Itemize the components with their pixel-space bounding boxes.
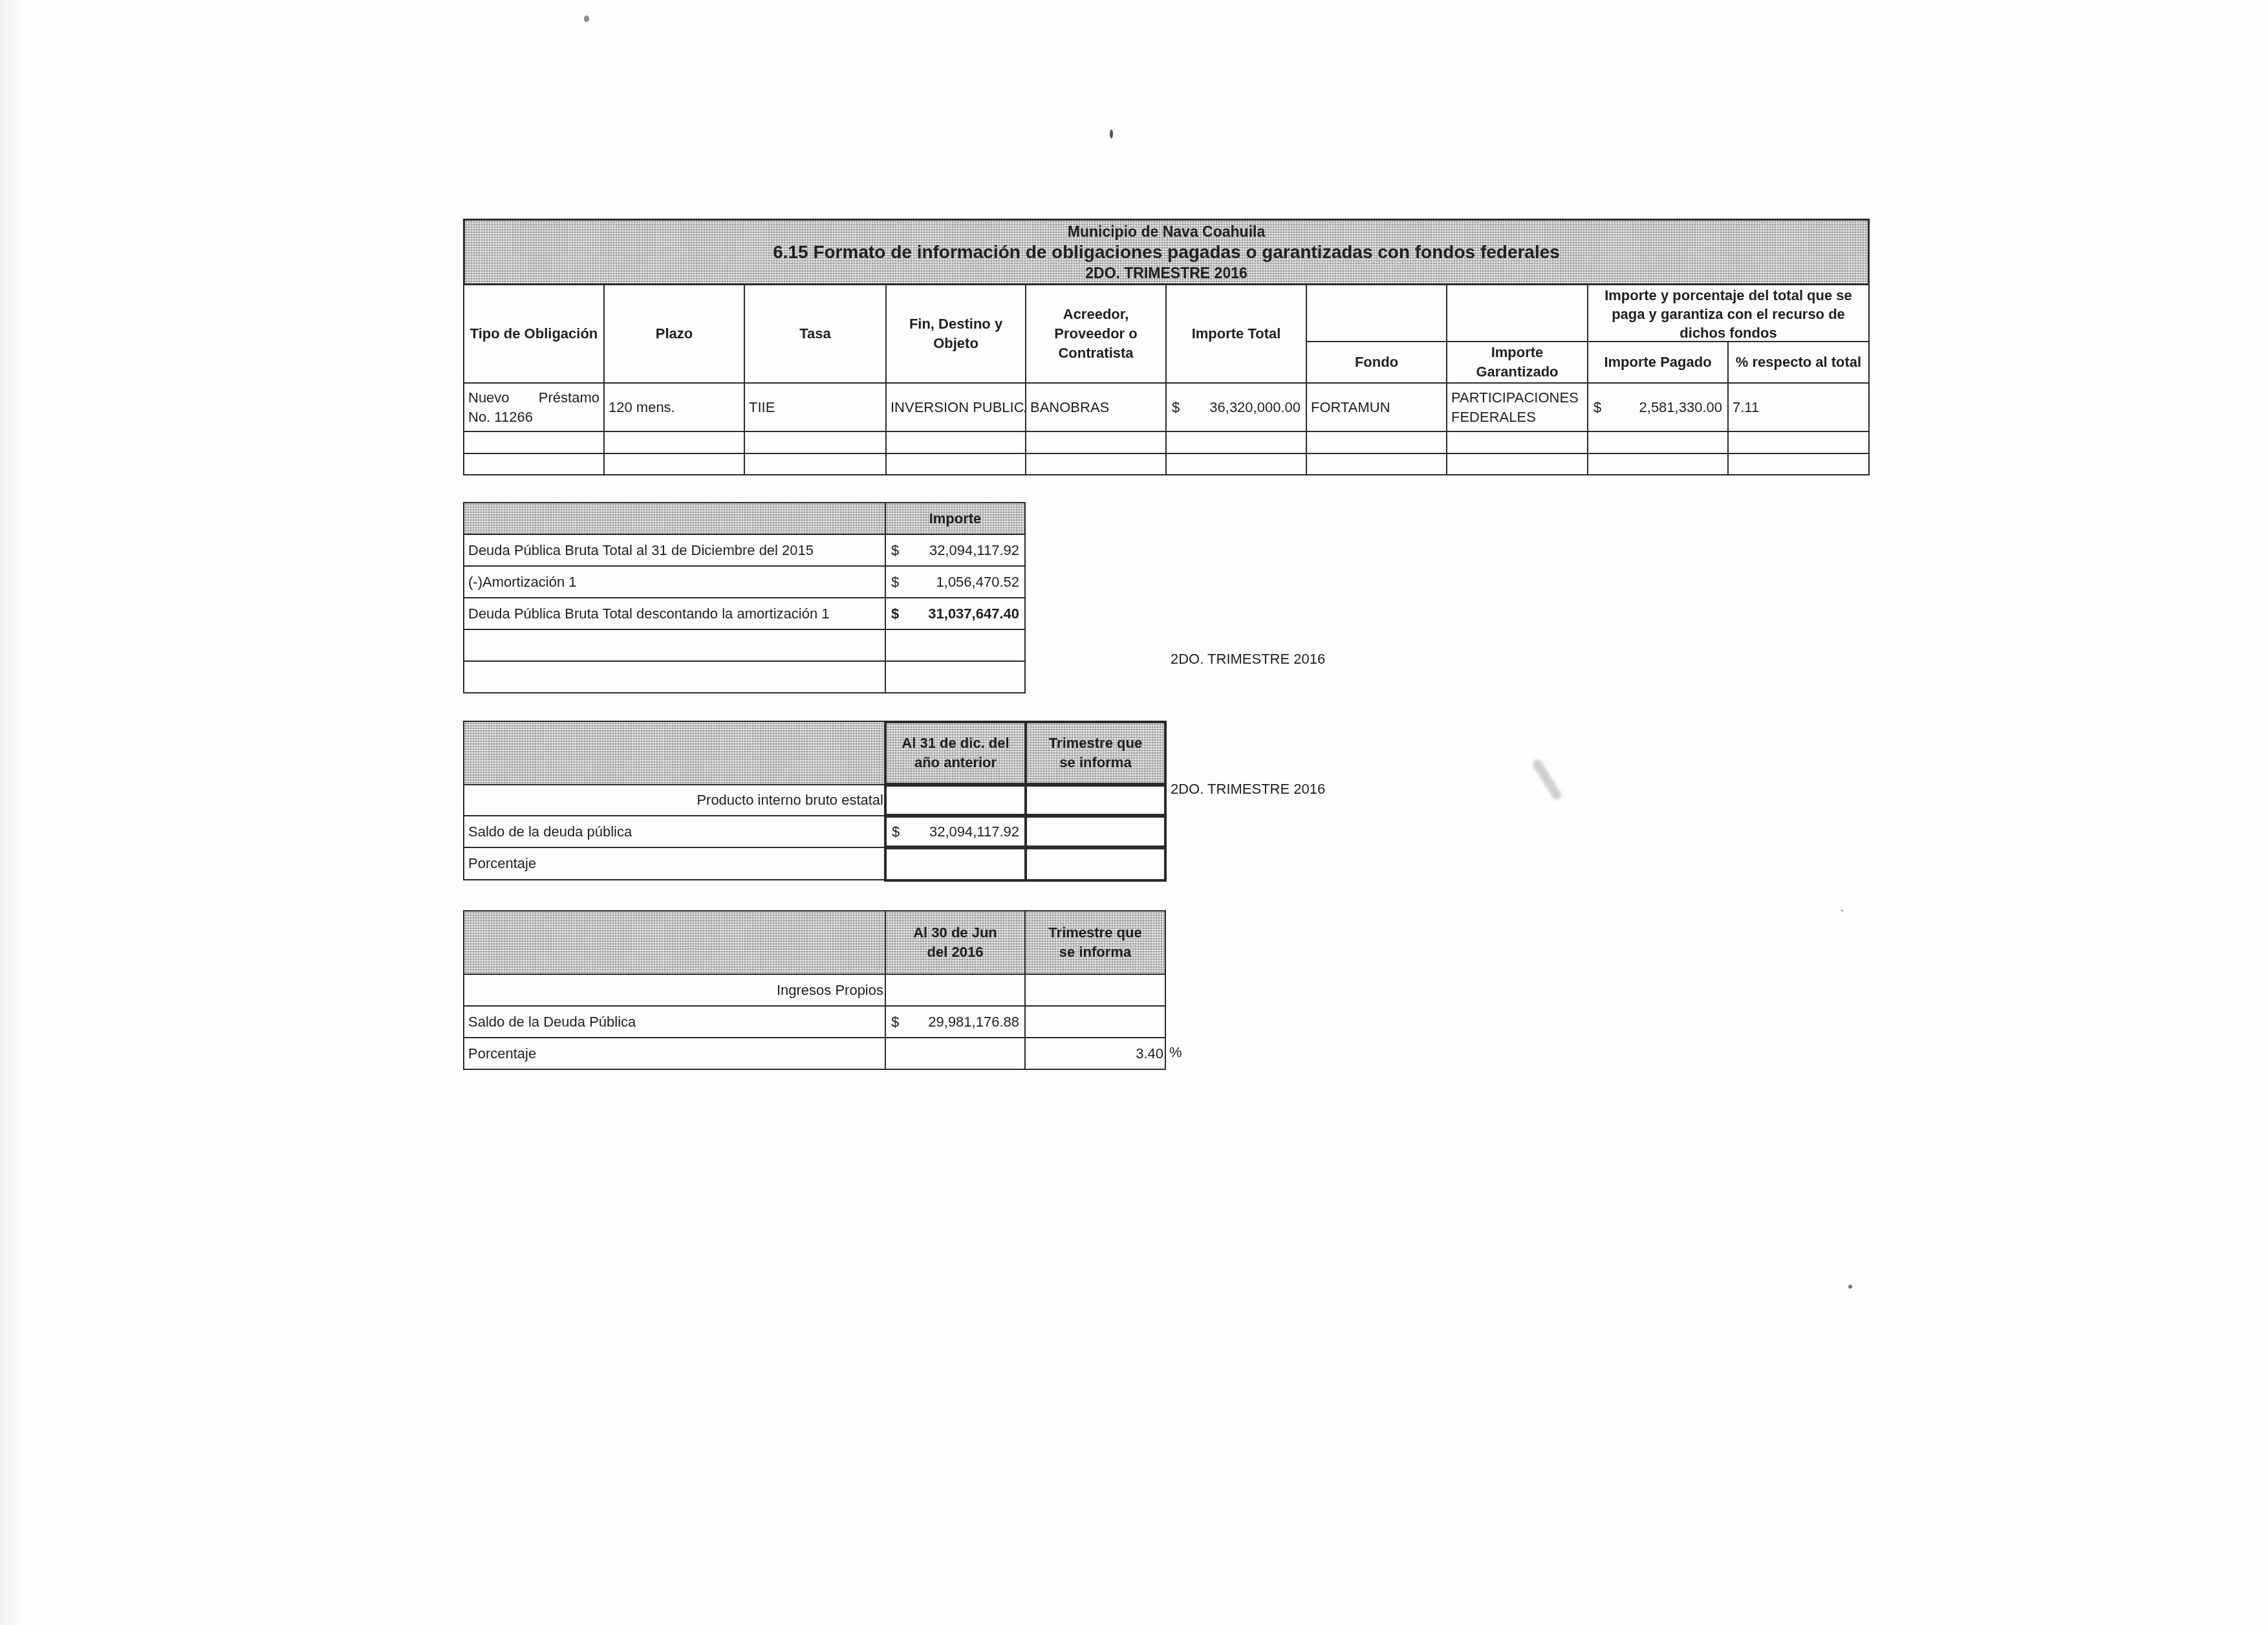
empty-cell [885, 629, 1026, 662]
ingresos-percent-value [885, 1037, 1026, 1070]
empty-cell [1587, 453, 1729, 475]
col-header-fondo: Fondo [1306, 341, 1447, 384]
scan-speck [1110, 129, 1113, 138]
cell-tipo: Nuevo Préstamo No. 11266 [463, 382, 605, 432]
scan-speck [584, 16, 589, 22]
empty-cell [1306, 453, 1447, 475]
scan-smudge [1531, 758, 1563, 802]
municipality-name: Municipio de Nava Coahuila [1068, 222, 1265, 241]
scan-speck [1841, 910, 1843, 911]
scan-edge [0, 0, 23, 1625]
cell-fondo: FORTAMUN [1306, 382, 1447, 432]
ingresos-period-note: 2DO. TRIMESTRE 2016 [1171, 780, 1325, 799]
col-header-porcentaje: % respecto al total [1727, 341, 1870, 384]
empty-cell [1306, 431, 1447, 454]
cell-importe-pagado: $2,581,330.00 [1587, 382, 1729, 432]
empty-cell [463, 629, 886, 662]
cell-tasa: TIIE [744, 382, 887, 432]
pib-percent-label: Porcentaje [463, 847, 886, 880]
pib-percent-quarter [1024, 847, 1167, 882]
cell-fin: INVERSION PUBLICA [885, 382, 1026, 432]
empty-cell [744, 431, 887, 454]
empty-cell [1727, 453, 1870, 475]
amortization-value: $1,056,470.52 [885, 565, 1026, 598]
pib-header-quarter: Trimestre que se informa [1024, 721, 1167, 785]
empty-cell [463, 660, 886, 693]
debt-header-blank [463, 502, 886, 535]
ingresos-percent-label: Porcentaje [463, 1037, 886, 1070]
pib-header-prior-year: Al 31 de dic. del año anterior [884, 721, 1027, 785]
col-header-tasa: Tasa [744, 284, 887, 384]
pib-period-note: 2DO. TRIMESTRE 2016 [1171, 649, 1325, 669]
scan-speck [1848, 1285, 1852, 1289]
report-period: 2DO. TRIMESTRE 2016 [1085, 263, 1247, 283]
empty-cell [1165, 431, 1307, 454]
pib-percent-value [884, 847, 1027, 882]
empty-cell [1446, 431, 1588, 454]
col-group-header-importe-porcentaje: Importe y porcentaje del total que se pa… [1587, 284, 1870, 342]
debt-balance-quarter [1024, 815, 1167, 848]
debt-label: Deuda Pública Bruta Total al 31 de Dicie… [463, 534, 886, 567]
deuda-saldo-quarter [1024, 1005, 1166, 1038]
ingresos-header-blank [463, 910, 886, 975]
net-debt-value: $31,037,647.40 [885, 597, 1026, 630]
empty-cell [1446, 453, 1588, 475]
ingresos-value-quarter [1024, 974, 1166, 1007]
col-header-importe-garantizado: Importe Garantizado [1446, 341, 1588, 384]
empty-cell [885, 453, 1026, 475]
empty-cell [1587, 431, 1729, 454]
col-header-importe-total: Importe Total [1165, 284, 1307, 384]
empty-cell [463, 453, 605, 475]
debt-header-importe: Importe [885, 502, 1026, 535]
pib-label: Producto interno bruto estatal [463, 784, 886, 816]
empty-cell [1025, 453, 1167, 475]
cell-porcentaje: 7.11 [1727, 382, 1870, 432]
empty-cell [603, 431, 745, 454]
col-header-fin: Fin, Destino y Objeto [885, 284, 1026, 384]
deuda-saldo-label: Saldo de la Deuda Pública [463, 1005, 886, 1038]
ingresos-value [885, 974, 1026, 1007]
ingresos-header-quarter: Trimestre que se informa [1024, 910, 1166, 975]
pib-value-quarter [1024, 784, 1167, 816]
empty-cell [1727, 431, 1870, 454]
empty-cell [885, 431, 1026, 454]
col-header-acreedor: Acreedor, Proveedor o Contratista [1025, 284, 1167, 384]
ingresos-percent-quarter: 3.40 [1024, 1037, 1166, 1070]
debt-balance-value: $32,094,117.92 [884, 815, 1027, 848]
col-header-tipo: Tipo de Obligación [463, 284, 605, 384]
empty-cell [1025, 431, 1167, 454]
empty-cell [744, 453, 887, 475]
col-header-plazo: Plazo [603, 284, 745, 384]
col-header-importe-pagado: Importe Pagado [1587, 341, 1729, 384]
ingresos-label: Ingresos Propios [463, 974, 886, 1007]
pib-header-blank [463, 721, 886, 785]
amortization-label: (-)Amortización 1 [463, 565, 886, 598]
ingresos-header-date: Al 30 de Jun del 2016 [885, 910, 1026, 975]
empty-cell [1165, 453, 1307, 475]
debt-value: $32,094,117.92 [885, 534, 1026, 567]
cell-importe-total: $36,320,000.00 [1165, 382, 1307, 432]
empty-cell [603, 453, 745, 475]
cell-acreedor: BANOBRAS [1025, 382, 1167, 432]
pib-value [884, 784, 1027, 816]
report-title: 6.15 Formato de información de obligacio… [773, 241, 1560, 263]
col-header-blank [1446, 284, 1588, 342]
cell-importe-garantizado: PARTICIPACIONES FEDERALES [1446, 382, 1588, 432]
report-title-band: Municipio de Nava Coahuila 6.15 Formato … [463, 219, 1870, 285]
percent-suffix: % [1169, 1043, 1182, 1062]
net-debt-label: Deuda Pública Bruta Total descontando la… [463, 597, 886, 630]
cell-plazo: 120 mens. [603, 382, 745, 432]
col-header-blank [1306, 284, 1447, 342]
empty-cell [463, 431, 605, 454]
debt-balance-label: Saldo de la deuda pública [463, 815, 886, 848]
empty-cell [885, 660, 1026, 693]
deuda-saldo-value: $29,981,176.88 [885, 1005, 1026, 1038]
